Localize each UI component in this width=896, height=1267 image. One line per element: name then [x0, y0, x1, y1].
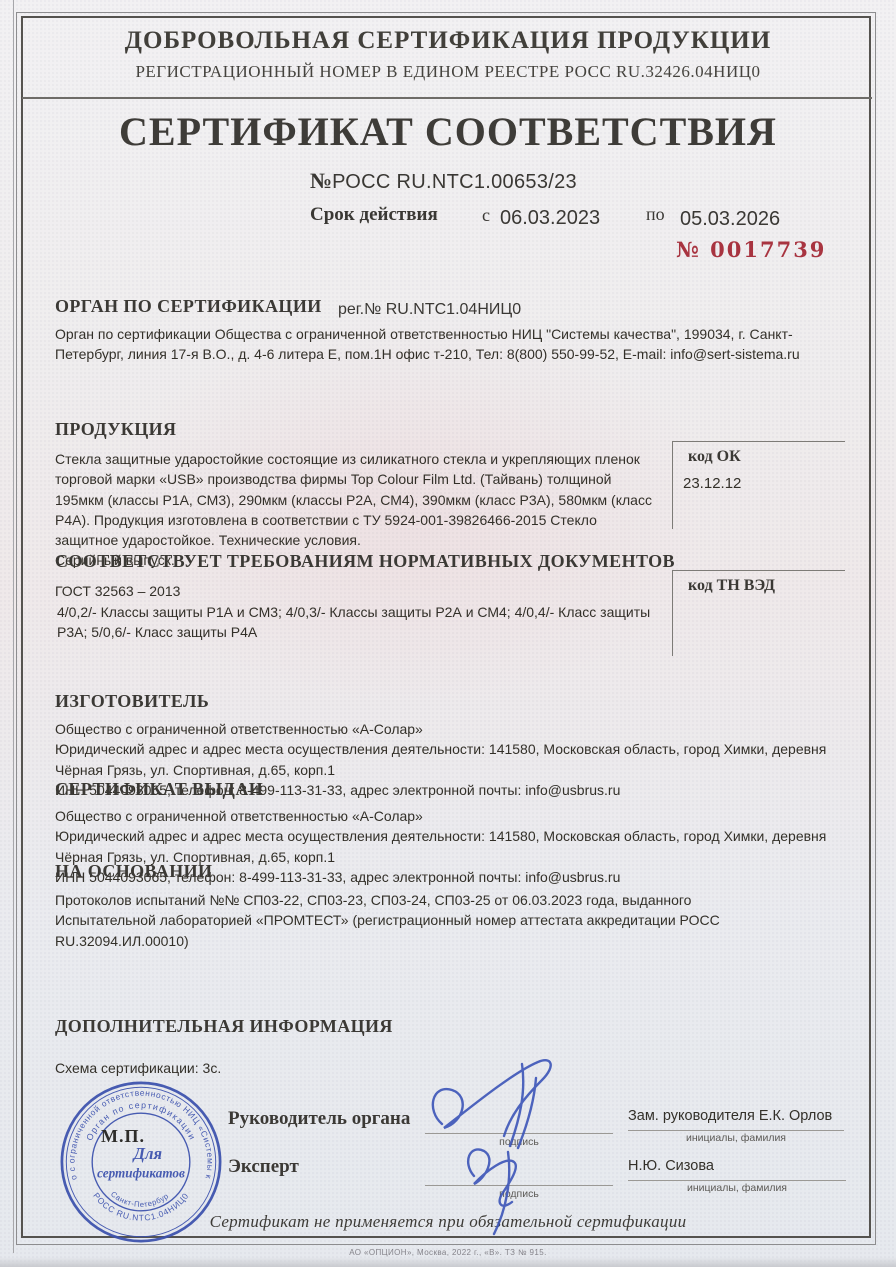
- compliance-text: 4/0,2/- Классы защиты Р1А и СМ3; 4/0,3/-…: [57, 602, 652, 643]
- validity-to-date: 05.03.2026: [680, 208, 780, 231]
- section-issued-title: СЕРТИФИКАТ ВЫДАН: [55, 779, 263, 800]
- stamp-place-mark: М.П.: [101, 1126, 145, 1147]
- compliance-standard: ГОСТ 32563 – 2013: [55, 581, 657, 601]
- code-tnved-box-line: [672, 571, 673, 656]
- header-divider: [22, 97, 872, 99]
- code-ok-value: 23.12.12: [683, 475, 741, 492]
- section-certification-body-title: ОРГАН ПО СЕРТИФИКАЦИИ: [55, 296, 322, 317]
- number-sign: №: [310, 168, 332, 193]
- code-tnved-label: код ТН ВЭД: [688, 577, 775, 595]
- section-basis-title: НА ОСНОВАНИИ: [55, 861, 212, 882]
- code-tnved-box: код ТН ВЭД: [672, 570, 845, 656]
- certification-body-reg-no: рег.№ RU.NTC1.04НИЦ0: [338, 301, 521, 319]
- registry-number-line: РЕГИСТРАЦИОННЫЙ НОМЕР В ЕДИНОМ РЕЕСТРЕ Р…: [0, 62, 896, 82]
- validity-from-label: с: [482, 205, 490, 226]
- certification-body-text: Орган по сертификации Общества с огранич…: [55, 324, 850, 365]
- section-additional-title: ДОПОЛНИТЕЛЬНАЯ ИНФОРМАЦИЯ: [55, 1016, 393, 1037]
- head-name-line: [628, 1130, 844, 1131]
- blank-serial-number: № 0017739: [676, 237, 826, 262]
- section-compliance-title: СООТВЕТСТВУЕТ ТРЕБОВАНИЯМ НОРМАТИВНЫХ ДО…: [55, 551, 675, 572]
- print-house-footer: АО «ОПЦИОН», Москва, 2022 г., «В». ТЗ № …: [0, 1248, 896, 1257]
- expert-label: Эксперт: [228, 1156, 299, 1178]
- validity-row: Срок действия с 06.03.2023 по 05.03.2026: [310, 204, 870, 226]
- validity-label: Срок действия: [310, 204, 438, 225]
- certificate-number-row: №РОСС RU.NTC1.00653/23: [310, 168, 577, 194]
- section-production-title: ПРОДУКЦИЯ: [55, 419, 176, 440]
- code-ok-label: код ОК: [688, 448, 741, 466]
- expert-name-line: [628, 1180, 846, 1181]
- handwritten-signatures: [418, 1052, 608, 1242]
- scan-edge: [13, 0, 14, 1253]
- certificate-number: РОСС RU.NTC1.00653/23: [332, 171, 577, 193]
- expert-name-caption: инициалы, фамилия: [628, 1182, 846, 1194]
- stamp-center-line2: сертификатов: [97, 1166, 185, 1181]
- head-of-body-label: Руководитель органа: [228, 1108, 410, 1130]
- head-name: Зам. руководителя Е.К. Орлов: [628, 1108, 832, 1124]
- code-ok-box: код ОК 23.12.12: [672, 441, 845, 529]
- scan-bottom-shadow: [0, 1257, 896, 1267]
- validity-from-date: 06.03.2023: [500, 207, 600, 230]
- section-manufacturer-title: ИЗГОТОВИТЕЛЬ: [55, 691, 209, 712]
- program-title: ДОБРОВОЛЬНАЯ СЕРТИФИКАЦИЯ ПРОДУКЦИИ: [0, 27, 896, 55]
- validity-to-label: по: [646, 204, 665, 225]
- certificate-title: СЕРТИФИКАТ СООТВЕТСТВИЯ: [0, 108, 896, 155]
- basis-text: Протоколов испытаний №№ СП03-22, СП03-23…: [55, 890, 765, 951]
- expert-name: Н.Ю. Сизова: [628, 1158, 714, 1174]
- code-ok-box-line: [672, 442, 673, 529]
- certificate-page: ДОБРОВОЛЬНАЯ СЕРТИФИКАЦИЯ ПРОДУКЦИИ РЕГИ…: [0, 0, 896, 1267]
- head-name-caption: инициалы, фамилия: [628, 1132, 844, 1144]
